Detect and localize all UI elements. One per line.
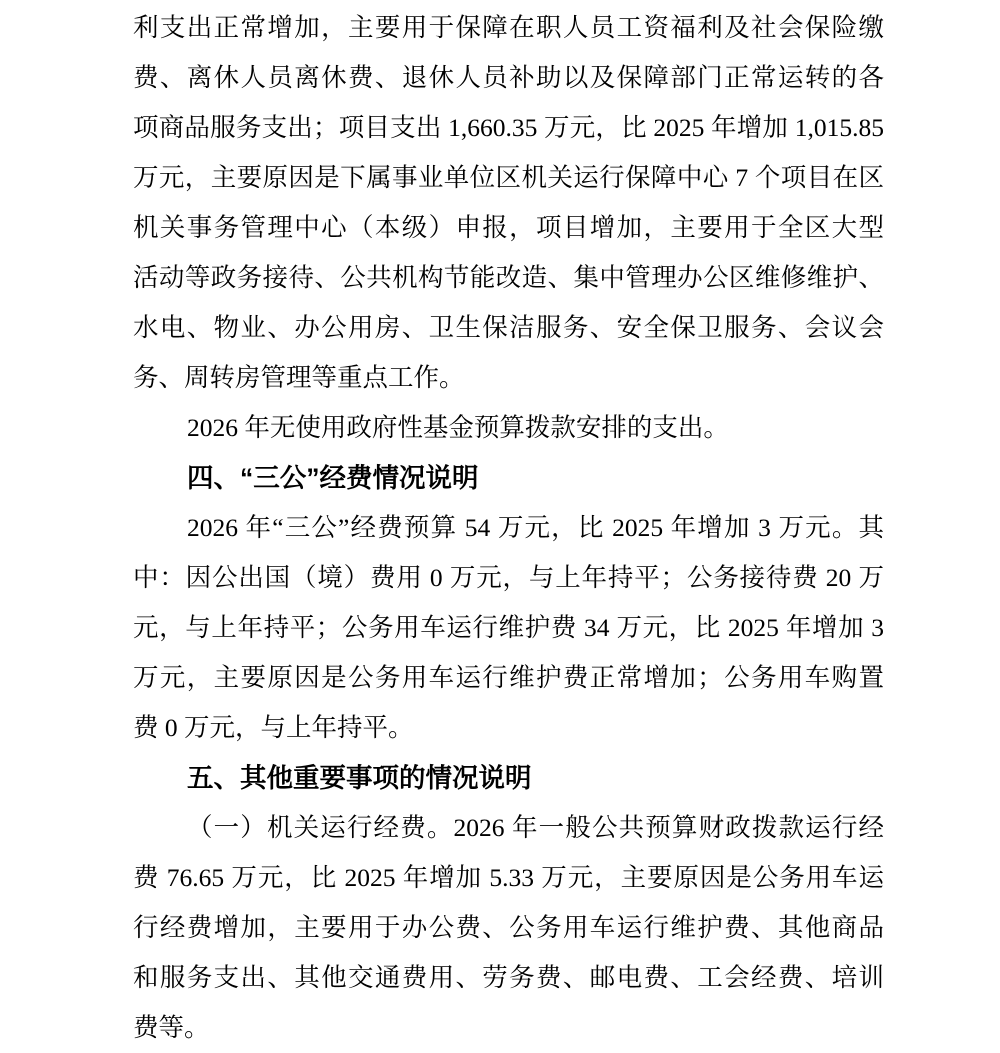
section-heading: 四、“三公”经费情况说明 — [133, 453, 884, 503]
paragraph-line: 2026 年“三公”经费预算 54 万元，比 2025 年增加 3 万元。其 — [133, 503, 884, 553]
paragraph-line: 务、周转房管理等重点工作。 — [133, 353, 884, 403]
paragraph-line: 项商品服务支出；项目支出 1,660.35 万元，比 2025 年增加 1,01… — [133, 103, 884, 153]
paragraph-line: 2026 年无使用政府性基金预算拨款安排的支出。 — [133, 403, 884, 453]
paragraph-line: 元，与上年持平；公务用车运行维护费 34 万元，比 2025 年增加 3 — [133, 603, 884, 653]
paragraph-line: 费 0 万元，与上年持平。 — [133, 703, 884, 753]
paragraph-line: 费等。 — [133, 1003, 884, 1053]
paragraph-line: 活动等政务接待、公共机构节能改造、集中管理办公区维修维护、 — [133, 253, 884, 303]
paragraph-line: 行经费增加，主要用于办公费、公务用车运行维护费、其他商品 — [133, 903, 884, 953]
paragraph-line: 和服务支出、其他交通费用、劳务费、邮电费、工会经费、培训 — [133, 953, 884, 1003]
paragraph-line: 利支出正常增加，主要用于保障在职人员工资福利及社会保险缴 — [133, 3, 884, 53]
paragraph-line: 万元，主要原因是下属事业单位区机关运行保障中心 7 个项目在区 — [133, 153, 884, 203]
section-heading: 五、其他重要事项的情况说明 — [133, 753, 884, 803]
paragraph-line: 机关事务管理中心（本级）申报，项目增加，主要用于全区大型 — [133, 203, 884, 253]
paragraph-line: 万元，主要原因是公务用车运行维护费正常增加；公务用车购置 — [133, 653, 884, 703]
paragraph-line: （一）机关运行经费。2026 年一般公共预算财政拨款运行经 — [133, 803, 884, 853]
paragraph-line: 费 76.65 万元，比 2025 年增加 5.33 万元，主要原因是公务用车运 — [133, 853, 884, 903]
document-page: 利支出正常增加，主要用于保障在职人员工资福利及社会保险缴费、离休人员离休费、退休… — [0, 0, 1000, 1053]
paragraph-line: 水电、物业、办公用房、卫生保洁服务、安全保卫服务、会议会 — [133, 303, 884, 353]
paragraph-line: 费、离休人员离休费、退休人员补助以及保障部门正常运转的各 — [133, 53, 884, 103]
document-content: 利支出正常增加，主要用于保障在职人员工资福利及社会保险缴费、离休人员离休费、退休… — [133, 3, 884, 1053]
paragraph-line: 中：因公出国（境）费用 0 万元，与上年持平；公务接待费 20 万 — [133, 553, 884, 603]
